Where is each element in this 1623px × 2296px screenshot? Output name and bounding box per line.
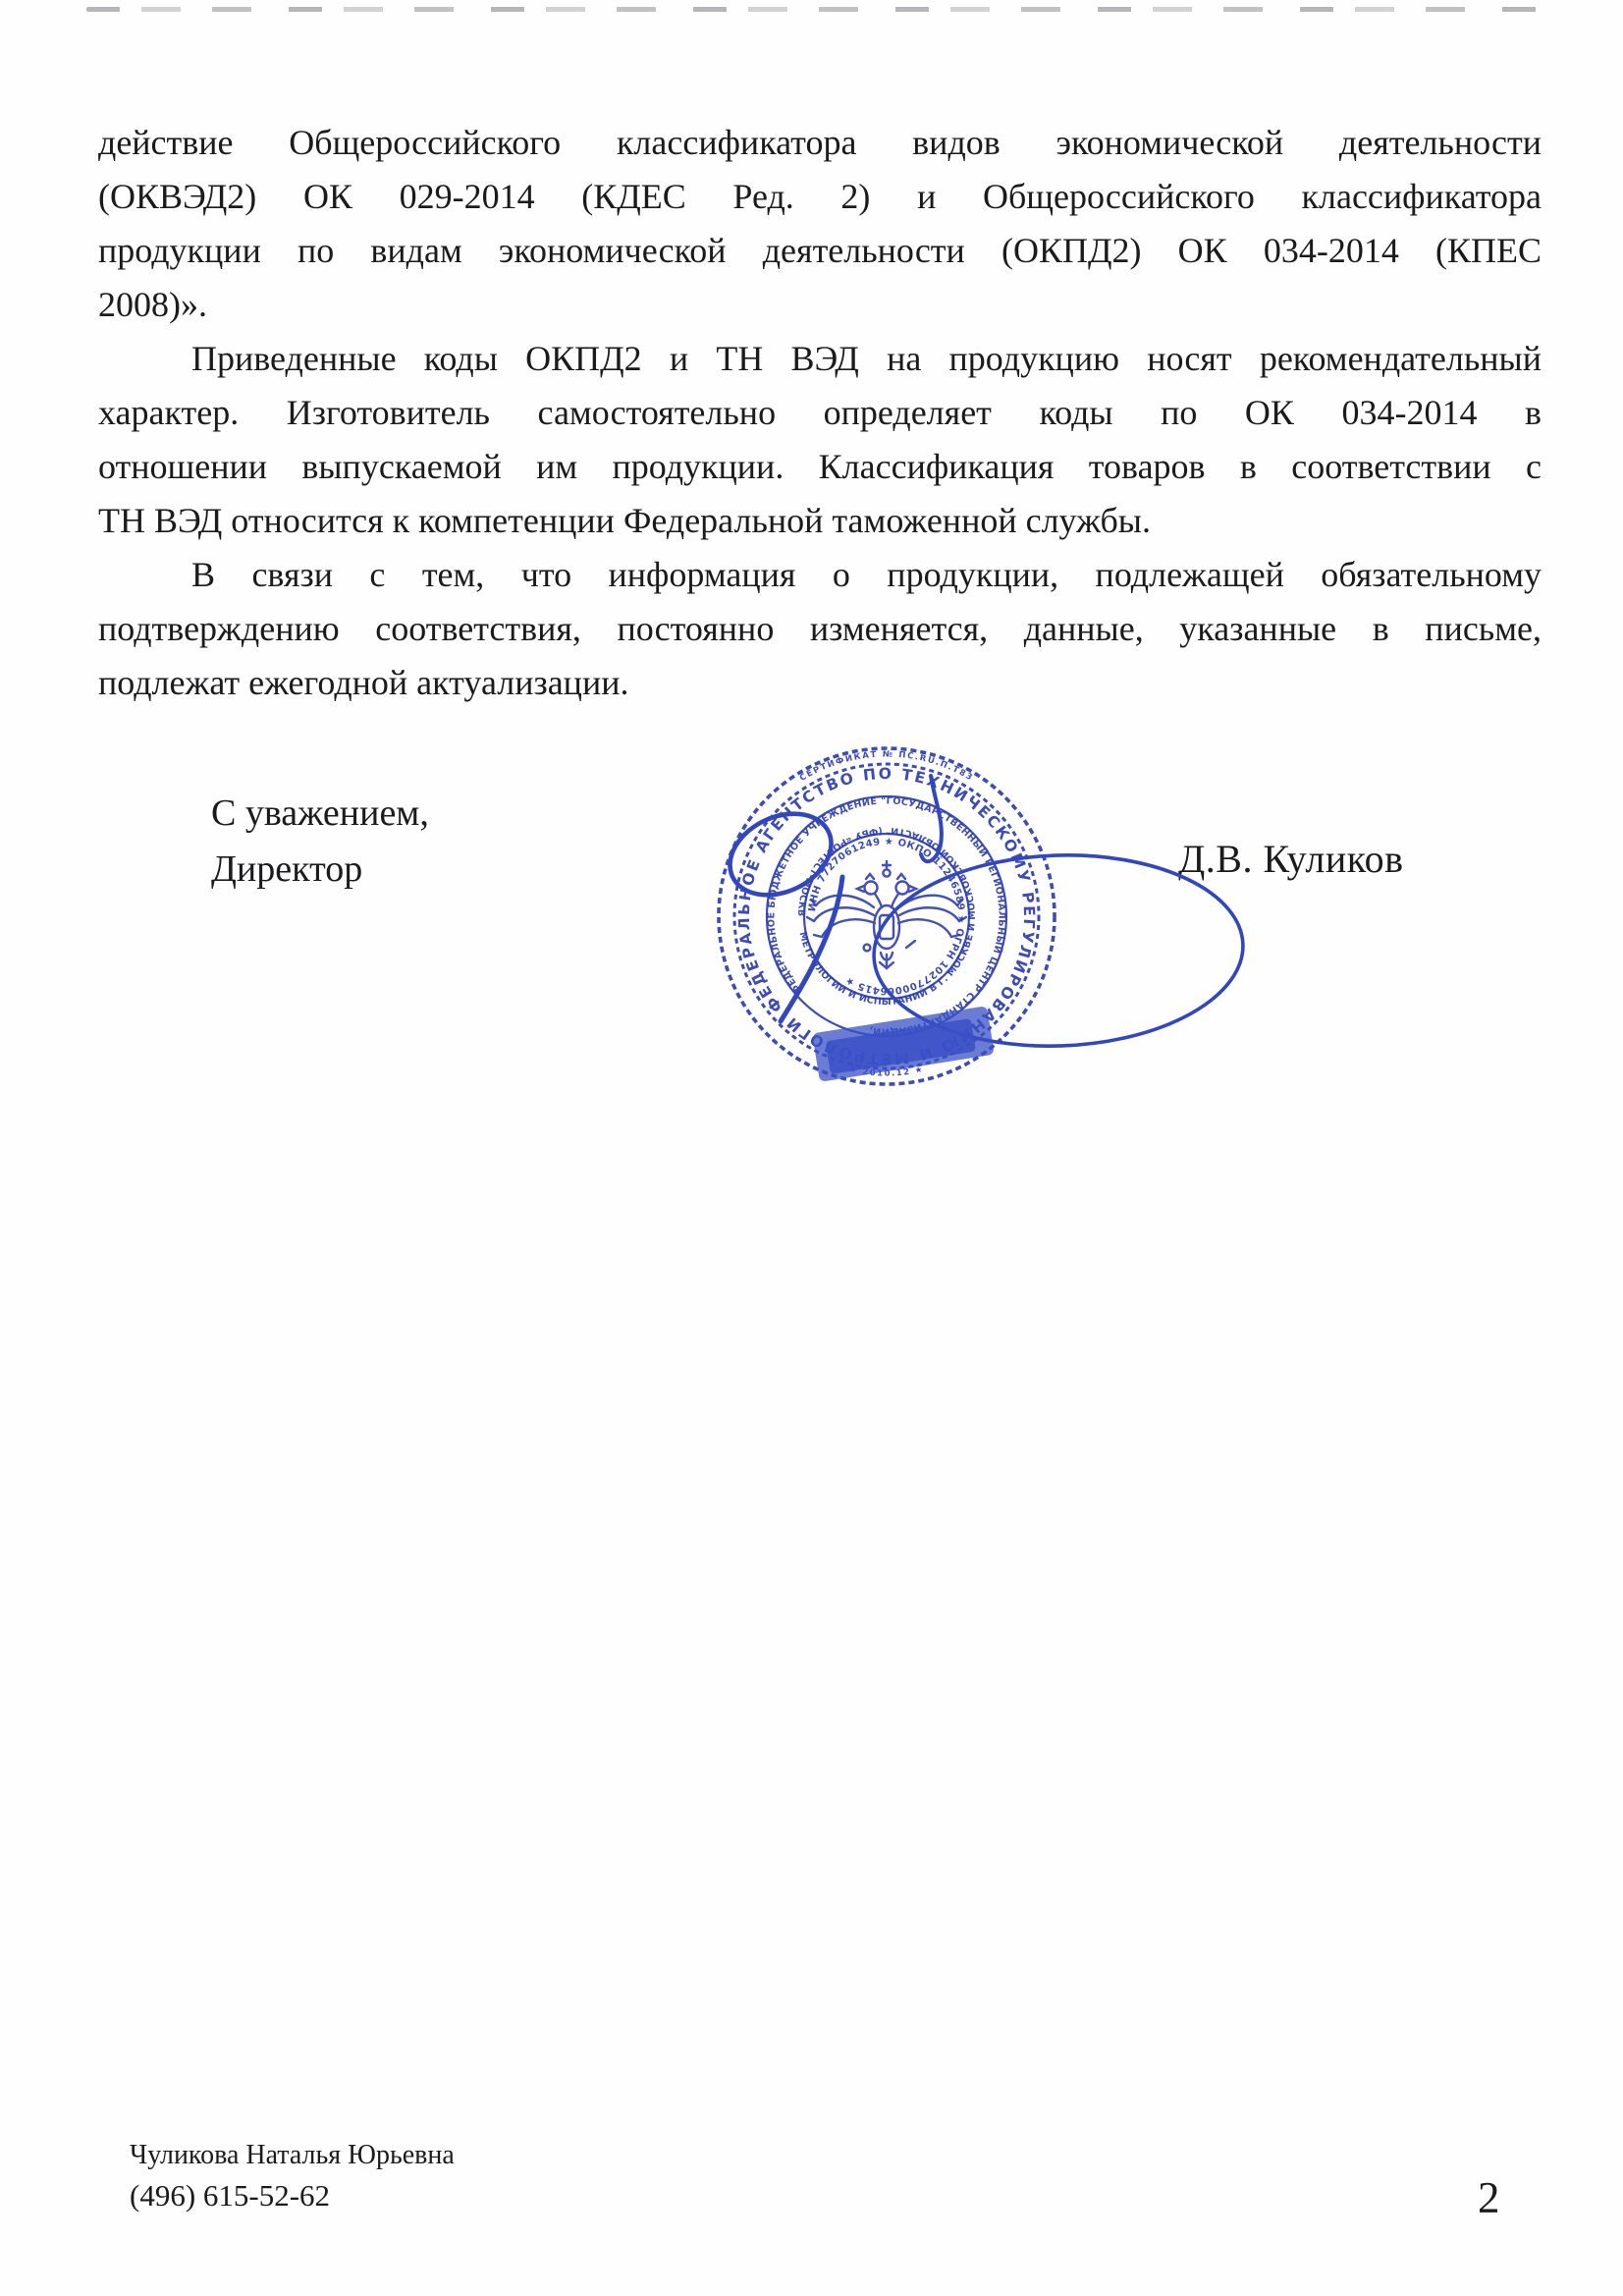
body-line: продукции по видам экономической деятель… <box>98 224 1542 278</box>
letter-body: действие Общероссийского классификатора … <box>98 116 1542 710</box>
signer-title: Директор <box>211 842 429 898</box>
body-line: (ОКВЭД2) ОК 029-2014 (КДЕС Ред. 2) и Общ… <box>98 170 1542 224</box>
body-line: Приведенные коды ОКПД2 и ТН ВЭД на проду… <box>98 332 1542 386</box>
contact-phone: (496) 615-52-62 <box>130 2175 455 2215</box>
closing-salutation: С уважением, <box>211 786 429 842</box>
footer-contact: Чуликова Наталья Юрьевна (496) 615-52-62 <box>130 2135 455 2215</box>
body-line: характер. Изготовитель самостоятельно оп… <box>98 386 1542 440</box>
stamp: СЕРТИФИКАТ № ПС.RU.П.Т83 ★ 2010.12 ★ ФЕД… <box>668 705 1276 1127</box>
page-number: 2 <box>1478 2172 1500 2223</box>
body-line: подлежат ежегодной актуализации. <box>98 656 1542 710</box>
double-headed-eagle-icon <box>807 861 966 968</box>
body-line: подтверждению соответствия, постоянно из… <box>98 602 1542 656</box>
body-line: ТН ВЭД относится к компетенции Федеральн… <box>98 494 1542 548</box>
contact-name: Чуликова Наталья Юрьевна <box>130 2135 455 2175</box>
body-line: В связи с тем, что информация о продукци… <box>98 548 1542 602</box>
body-line: действие Общероссийского классификатора … <box>98 116 1542 170</box>
scanned-letter-page: { "page": { "number": "2" }, "body": { "… <box>0 0 1623 2296</box>
official-stamp-area: СЕРТИФИКАТ № ПС.RU.П.Т83 ★ 2010.12 ★ ФЕД… <box>668 705 1276 1127</box>
signature-block: С уважением, Директор <box>211 786 429 898</box>
scan-noise-strip <box>86 7 1545 12</box>
body-line: 2008)». <box>98 278 1542 332</box>
body-line: отношении выпускаемой им продукции. Клас… <box>98 440 1542 494</box>
